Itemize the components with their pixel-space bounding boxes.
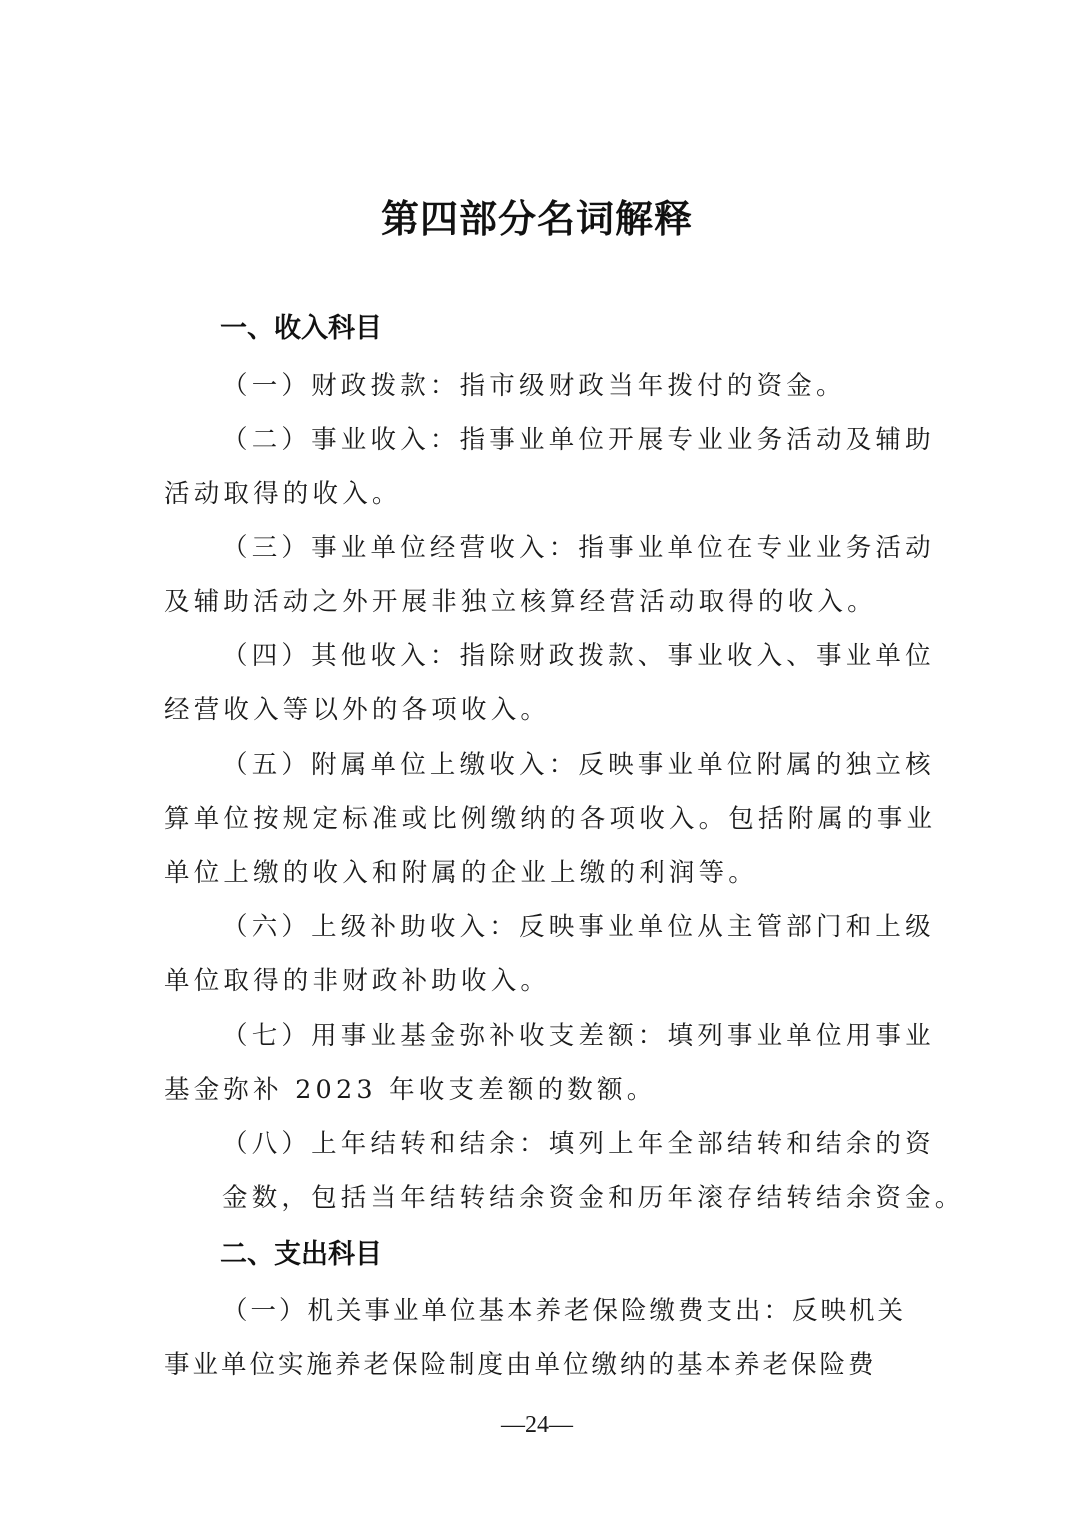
paragraph-line: （七）用事业基金弥补收支差额：填列事业单位用事业 [222,1016,935,1052]
paragraph-line: 单位上缴的收入和附属的企业上缴的利润等。 [164,853,758,889]
paragraph-line: （四）其他收入：指除财政拨款、事业收入、事业单位 [222,636,935,672]
section-heading-expenditure: 二、支出科目 [220,1232,382,1271]
paragraph-line: 及辅助活动之外开展非独立核算经营活动取得的收入。 [164,582,877,618]
paragraph-line: （三）事业单位经营收入：指事业单位在专业业务活动 [222,528,935,564]
paragraph-line: （一）机关事业单位基本养老保险缴费支出：反映机关 [222,1291,906,1327]
paragraph-line: 金数，包括当年结转结余资金和历年滚存结转结余资金。 [222,1178,965,1214]
page-title: 第四部分名词解释 [0,188,1074,243]
document-page: 第四部分名词解释 一、收入科目 （一）财政拨款：指市级财政当年拨付的资金。 （二… [0,0,1074,1520]
paragraph-line: 活动取得的收入。 [164,474,402,510]
paragraph-line: （八）上年结转和结余：填列上年全部结转和结余的资 [222,1124,935,1160]
page-number: —24— [0,1412,1074,1439]
section-heading-income: 一、收入科目 [220,306,382,345]
paragraph-line: 单位取得的非财政补助收入。 [164,961,550,997]
paragraph-line: （五）附属单位上缴收入：反映事业单位附属的独立核 [222,745,935,781]
paragraph-line: （一）财政拨款：指市级财政当年拨付的资金。 [222,366,846,402]
paragraph-line: 经营收入等以外的各项收入。 [164,690,550,726]
paragraph-line: （二）事业收入：指事业单位开展专业业务活动及辅助 [222,420,935,456]
paragraph-line: 基金弥补 2023 年收支差额的数额。 [164,1070,656,1106]
paragraph-line: 算单位按规定标准或比例缴纳的各项收入。包括附属的事业 [164,799,936,835]
paragraph-line: 事业单位实施养老保险制度由单位缴纳的基本养老保险费 [164,1345,877,1381]
paragraph-line: （六）上级补助收入：反映事业单位从主管部门和上级 [222,907,935,943]
